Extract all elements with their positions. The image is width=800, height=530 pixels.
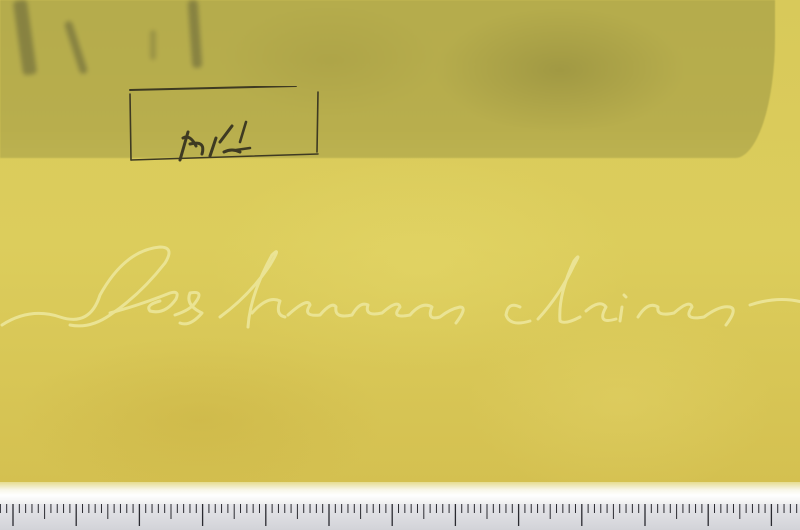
pencil-stroke: [188, 0, 203, 68]
paper-sheet: Dalí Les heures claires: [0, 0, 800, 488]
pencil-stroke: [13, 0, 37, 76]
signature-icon: Dalí: [128, 86, 321, 162]
measuring-ruler: [0, 504, 800, 530]
watermark-script-icon: Les heures claires: [0, 235, 800, 345]
ruler-ticks: [0, 504, 800, 530]
pencil-stroke: [150, 30, 156, 60]
pencil-stroke: [64, 20, 89, 75]
signature-box: Dalí: [128, 86, 321, 162]
paper-edge: [0, 482, 800, 504]
printed-image-area: [0, 0, 775, 158]
watermark: Les heures claires: [0, 235, 800, 345]
